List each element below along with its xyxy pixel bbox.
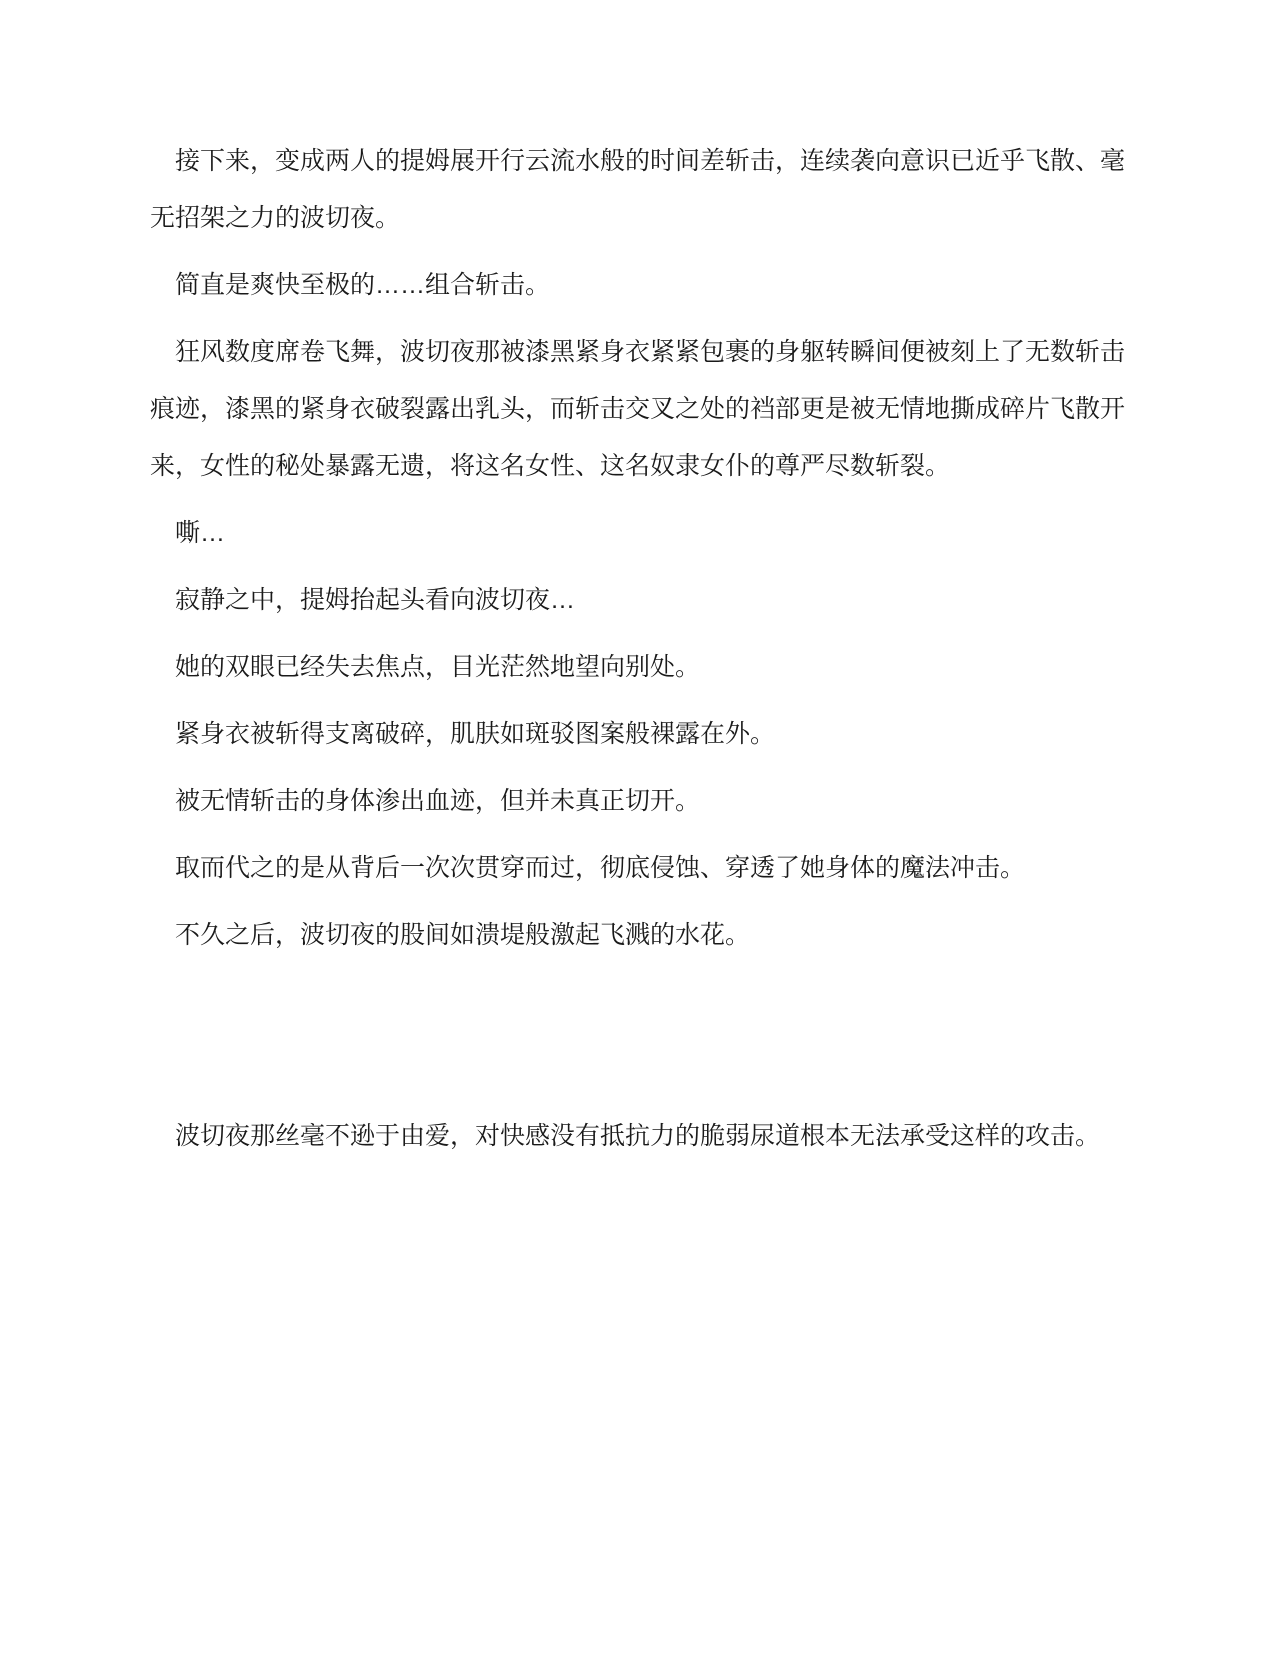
paragraph: 波切夜那丝毫不逊于由爱，对快感没有抵抗力的脆弱尿道根本无法承受这样的攻击。 [150, 1108, 1130, 1165]
text-content: 接下来，变成两人的提姆展开行云流水般的时间差斩击，连续袭向意识已近乎飞散、毫无招… [0, 0, 1280, 1165]
blank-line [150, 1041, 1130, 1098]
paragraph: 简直是爽快至极的……组合斩击。 [150, 257, 1130, 314]
paragraph: 嘶… [150, 505, 1130, 562]
paragraph: 狂风数度席卷飞舞，波切夜那被漆黑紧身衣紧紧包裹的身躯转瞬间便被刻上了无数斩击痕迹… [150, 324, 1130, 495]
paragraph: 取而代之的是从背后一次次贯穿而过，彻底侵蚀、穿透了她身体的魔法冲击。 [150, 840, 1130, 897]
paragraph: 不久之后，波切夜的股间如溃堤般激起飞溅的水花。 [150, 907, 1130, 964]
blank-line [150, 974, 1130, 1031]
paragraph: 接下来，变成两人的提姆展开行云流水般的时间差斩击，连续袭向意识已近乎飞散、毫无招… [150, 133, 1130, 247]
paragraph: 紧身衣被斩得支离破碎，肌肤如斑驳图案般裸露在外。 [150, 706, 1130, 763]
paragraph: 寂静之中，提姆抬起头看向波切夜… [150, 572, 1130, 629]
document-page: 接下来，变成两人的提姆展开行云流水般的时间差斩击，连续袭向意识已近乎飞散、毫无招… [0, 0, 1280, 1656]
paragraph: 她的双眼已经失去焦点，目光茫然地望向别处。 [150, 639, 1130, 696]
paragraph: 被无情斩击的身体渗出血迹，但并未真正切开。 [150, 773, 1130, 830]
